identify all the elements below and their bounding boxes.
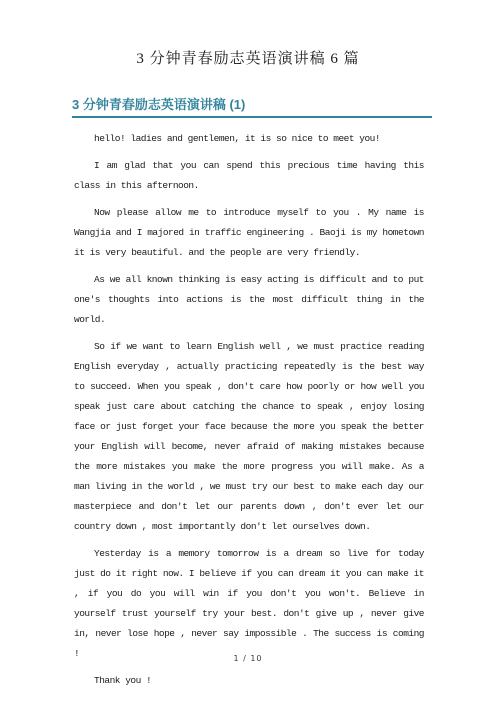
paragraph-learn-english: So if we want to learn English well , we… (74, 337, 424, 537)
paragraph-greeting: hello! ladies and gentlemen, it is so ni… (74, 129, 424, 149)
paragraph-thanks: Thank you ! (74, 671, 424, 691)
paragraph-thinking: As we all known thinking is easy acting … (74, 270, 424, 330)
paragraph-yesterday: Yesterday is a memory tomorrow is a drea… (74, 544, 424, 664)
document-page: 3 分钟青春励志英语演讲稿 6 篇 3 分钟青春励志英语演讲稿 (1) hell… (0, 0, 496, 702)
paragraph-glad: I am glad that you can spend this precio… (74, 156, 424, 196)
document-title: 3 分钟青春励志英语演讲稿 6 篇 (0, 0, 496, 70)
page-number: 1 / 10 (0, 654, 496, 663)
document-body: hello! ladies and gentlemen, it is so ni… (74, 129, 424, 691)
paragraph-introduction: Now please allow me to introduce myself … (74, 203, 424, 263)
section-heading: 3 分钟青春励志英语演讲稿 (1) (72, 97, 432, 118)
